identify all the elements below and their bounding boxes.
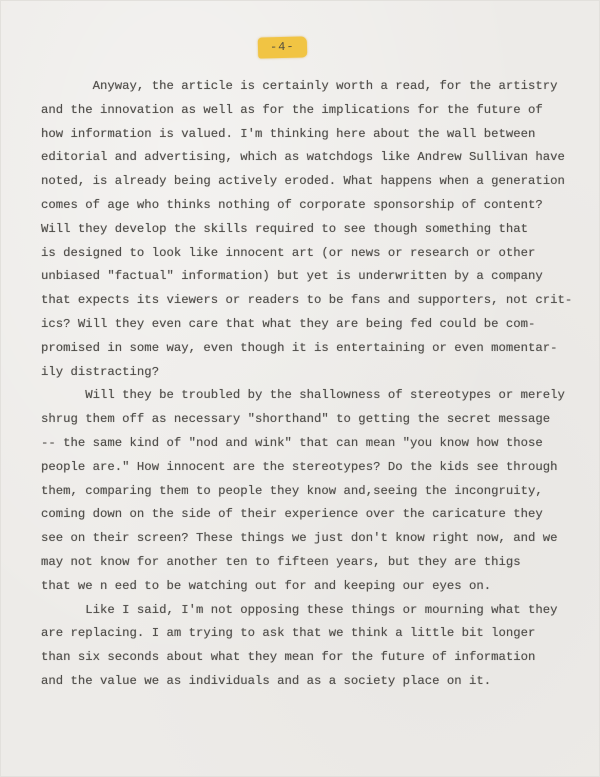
text-line: -- the same kind of "nod and wink" that … <box>41 432 576 456</box>
text-line: Like I said, I'm not opposing these thin… <box>41 599 576 623</box>
text-line: and the innovation as well as for the im… <box>41 99 576 123</box>
scanned-typewritten-page: -4- Anyway, the article is certainly wor… <box>0 0 600 777</box>
text-line: coming down on the side of their experie… <box>41 503 576 527</box>
text-line: Will they develop the skills required to… <box>41 218 576 242</box>
text-line: are replacing. I am trying to ask that w… <box>41 622 576 646</box>
text-line: Anyway, the article is certainly worth a… <box>41 75 576 99</box>
text-line: ily distracting? <box>41 361 576 385</box>
text-line: shrug them off as necessary "shorthand" … <box>41 408 576 432</box>
text-line: comes of age who thinks nothing of corpo… <box>41 194 576 218</box>
typed-text: Anyway, the article is certainly worth a… <box>41 75 576 694</box>
text-line: than six seconds about what they mean fo… <box>41 646 576 670</box>
text-line: and the value we as individuals and as a… <box>41 670 576 694</box>
text-line: see on their screen? These things we jus… <box>41 527 576 551</box>
text-line: them, comparing them to people they know… <box>41 480 576 504</box>
text-line: Will they be troubled by the shallowness… <box>41 384 576 408</box>
text-line: is designed to look like innocent art (o… <box>41 242 576 266</box>
text-line: people are." How innocent are the stereo… <box>41 456 576 480</box>
text-line: editorial and advertising, which as watc… <box>41 146 576 170</box>
text-line: unbiased "factual" information) but yet … <box>41 265 576 289</box>
text-line: that we n eed to be watching out for and… <box>41 575 576 599</box>
text-line: may not know for another ten to fifteen … <box>41 551 576 575</box>
text-line: how information is valued. I'm thinking … <box>41 123 576 147</box>
text-line: ics? Will they even care that what they … <box>41 313 576 337</box>
text-line: noted, is already being actively eroded.… <box>41 170 576 194</box>
text-line: promised in some way, even though it is … <box>41 337 576 361</box>
highlighted-page-number: -4- <box>258 36 307 58</box>
text-line: that expects its viewers or readers to b… <box>41 289 576 313</box>
